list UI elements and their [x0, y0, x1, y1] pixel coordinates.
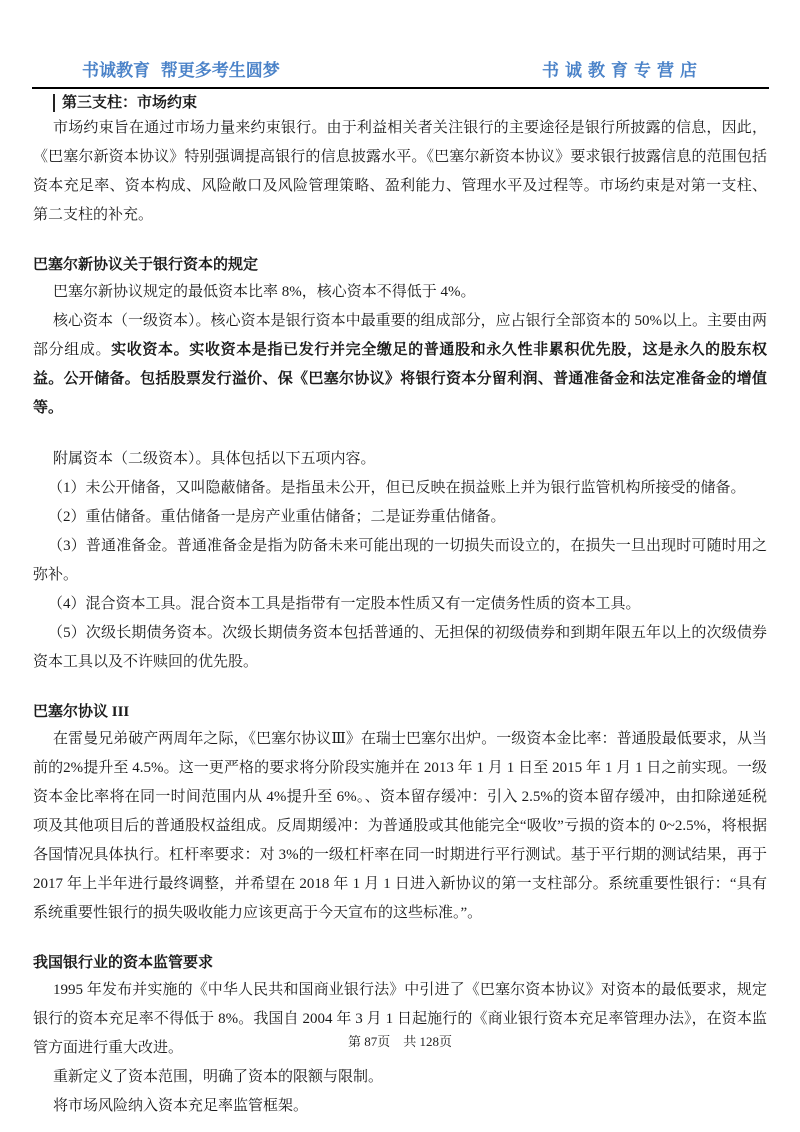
- header-left-brand: 书诚教育 帮更多考生圆梦: [82, 56, 280, 81]
- pillar3-paragraph: 市场约束旨在通过市场力量来约束银行。由于利益相关者关注银行的主要途径是银行所披露…: [33, 114, 767, 230]
- section-heading-pillar3: 第三支柱：市场约束: [33, 92, 767, 114]
- document-page: 书诚教育 帮更多考生圆梦 书诚教育专营店 第三支柱：市场约束 市场约束旨在通过市…: [0, 0, 800, 1132]
- supplementary-capital-intro: 附属资本（二级资本）。具体包括以下五项内容。: [33, 445, 767, 474]
- section-heading-basel3: 巴塞尔协议 III: [33, 699, 767, 725]
- section-heading-china-regulation: 我国银行业的资本监管要求: [33, 950, 767, 976]
- supplementary-item-3: （3）普通准备金。普通准备金是指为防备未来可能出现的一切损失而设立的，在损失一旦…: [33, 532, 767, 590]
- supplementary-item-1: （1）未公开储备，又叫隐蔽储备。是指虽未公开，但已反映在损益账上并为银行监管机构…: [33, 474, 767, 503]
- basel3-paragraph: 在雷曼兄弟破产两周年之际，《巴塞尔协议Ⅲ》在瑞士巴塞尔出炉。一级资本金比率：普通…: [33, 725, 767, 928]
- header-right-brand: 书诚教育专营店: [542, 56, 703, 81]
- header-rule: [32, 87, 769, 89]
- document-body: 第三支柱：市场约束 市场约束旨在通过市场力量来约束银行。由于利益相关者关注银行的…: [33, 92, 767, 1121]
- page-footer: 第 87页 共 128页: [0, 1032, 800, 1052]
- page-header: 书诚教育 帮更多考生圆梦 书诚教育专营店: [33, 56, 767, 81]
- section-heading-basel-capital: 巴塞尔新协议关于银行资本的规定: [33, 252, 767, 278]
- min-ratio-paragraph: 巴塞尔新协议规定的最低资本比率 8%，核心资本不得低于 4%。: [33, 278, 767, 307]
- core-capital-paragraph: 核心资本（一级资本）。核心资本是银行资本中最重要的组成部分，应占银行全部资本的 …: [33, 307, 767, 423]
- china-regulation-paragraph-2: 重新定义了资本范围，明确了资本的限额与限制。: [33, 1063, 767, 1092]
- supplementary-item-2: （2）重估储备。重估储备一是房产业重估储备；二是证券重估储备。: [33, 503, 767, 532]
- revision-bar: [53, 94, 55, 112]
- pillar3-heading-text: 第三支柱：市场约束: [62, 92, 197, 114]
- china-regulation-paragraph-3: 将市场风险纳入资本充足率监管框架。: [33, 1092, 767, 1121]
- page-number: 第 87页 共 128页: [348, 1034, 452, 1049]
- core-capital-bold-run: 实收资本。实收资本是指已发行并完全缴足的普通股和永久性非累积优先股，这是永久的股…: [33, 342, 767, 416]
- supplementary-item-5: （5）次级长期债务资本。次级长期债务资本包括普通的、无担保的初级债券和到期年限五…: [33, 619, 767, 677]
- supplementary-item-4: （4）混合资本工具。混合资本工具是指带有一定股本性质又有一定债务性质的资本工具。: [33, 590, 767, 619]
